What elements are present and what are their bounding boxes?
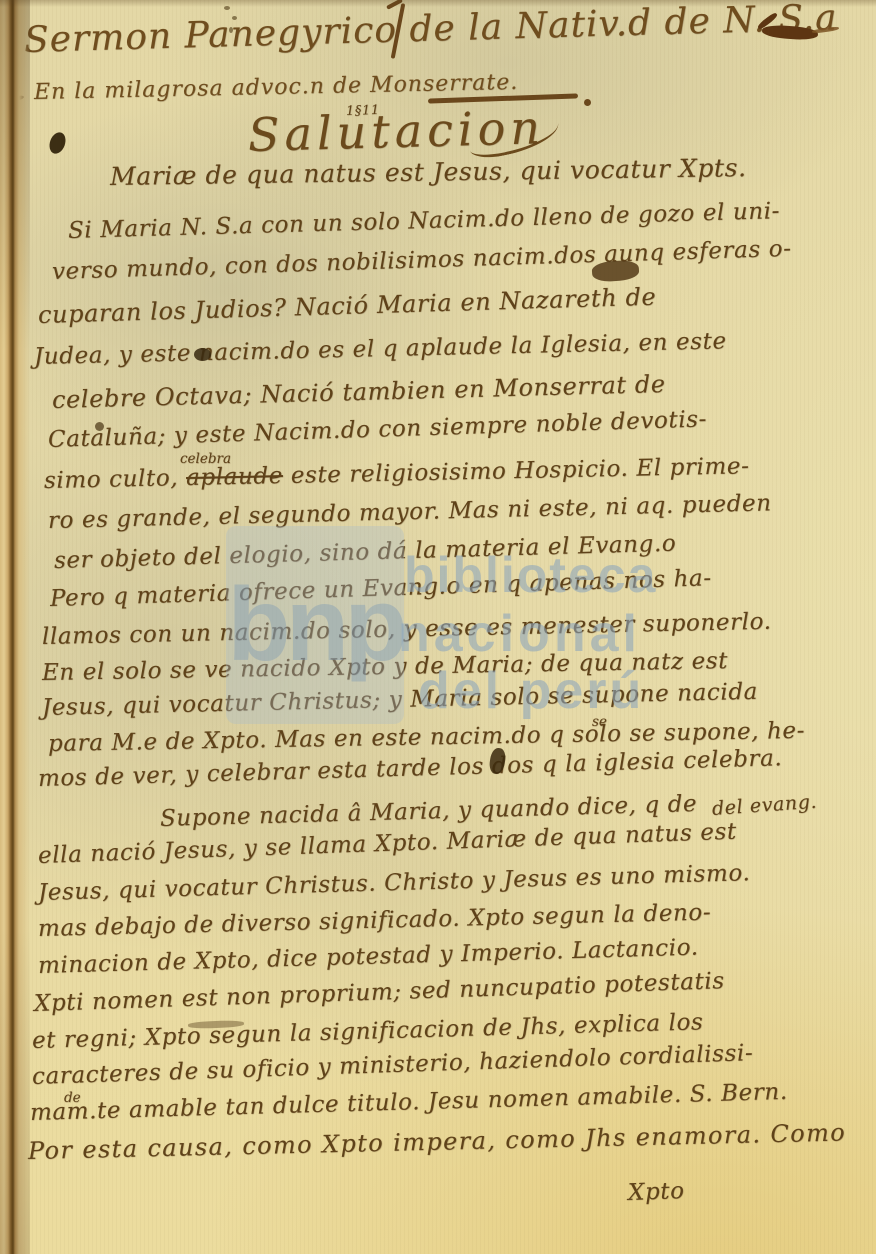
binding-edge — [0, 0, 30, 1254]
manuscript-scan: Sermon Panegyrico de la Nativ.d de N. S.… — [0, 0, 876, 1254]
bnp-logo-text: bnp — [227, 566, 403, 685]
folio-mark-stroke — [812, 26, 839, 34]
ink-blot — [194, 348, 211, 361]
flourish-dot — [584, 99, 591, 106]
watermark-text-line: del perú — [418, 661, 644, 721]
ink-speck — [232, 16, 237, 20]
page-top-edge — [0, 0, 876, 7]
heading-salutacion: Salutacion — [247, 100, 545, 162]
watermark-text-line: nacional — [398, 604, 641, 664]
folio-mark — [756, 16, 846, 62]
interlinear-correction: celebra — [180, 451, 231, 467]
folio-mark-stroke — [762, 24, 819, 41]
line-text: simo culto, — [44, 465, 187, 494]
catchword: Xpto — [628, 1178, 685, 1206]
bnp-watermark-logo: bnp — [226, 526, 404, 724]
ink-blot — [95, 422, 104, 431]
ink-speck — [229, 27, 233, 33]
watermark-text-line: biblioteca — [404, 546, 657, 604]
struck-word: aplaude — [186, 463, 283, 491]
